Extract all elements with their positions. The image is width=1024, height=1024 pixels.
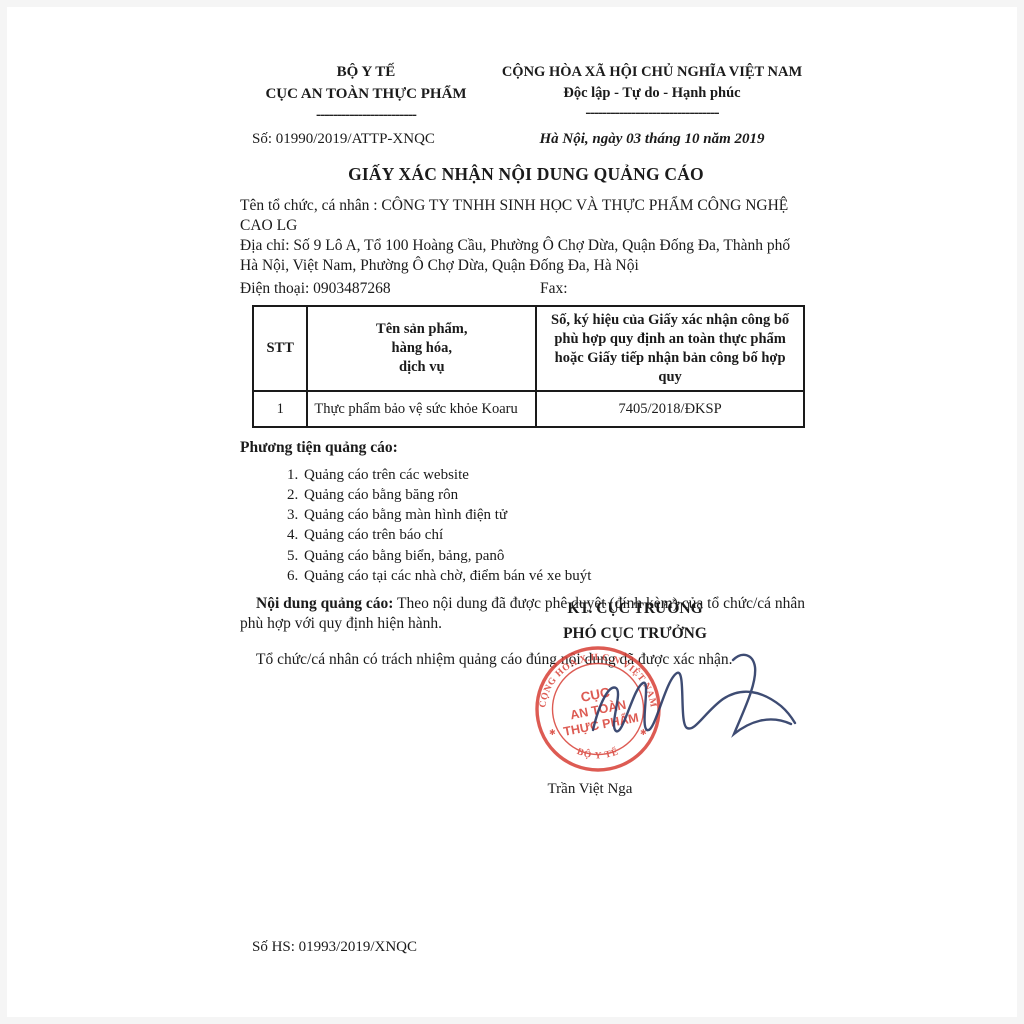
signature-area: KT. CỤC TRƯỞNG PHÓ CỤC TRƯỞNG CỘNG HÒA X… (490, 598, 780, 868)
media-item: Quảng cáo bằng băng rôn (302, 485, 812, 505)
fax-line: Fax: (540, 279, 812, 299)
signer-name: Trần Việt Nga (500, 780, 680, 799)
phone-line: Điện thoại: 0903487268 (240, 279, 540, 299)
phone-fax-row: Điện thoại: 0903487268 Fax: (240, 279, 812, 299)
header-stt: STT (253, 306, 307, 391)
stamp-star-left-icon: ✱ (549, 728, 556, 737)
products-table: STT Tên sản phẩm, hàng hóa, dịch vụ Số, … (252, 305, 805, 428)
file-reference-number: Số HS: 01993/2019/XNQC (252, 938, 417, 957)
address-line: Địa chỉ: Số 9 Lô A, Tổ 100 Hoàng Cầu, Ph… (240, 236, 812, 276)
handwritten-signature (585, 644, 800, 756)
content-label: Nội dung quảng cáo: (256, 595, 393, 612)
document-number: Số: 01990/2019/ATTP-XNQC (240, 130, 492, 149)
department-name: CỤC AN TOÀN THỰC PHẨM (240, 84, 492, 106)
signer-role-line2: PHÓ CỤC TRƯỞNG (490, 623, 780, 645)
organization-info: Tên tổ chức, cá nhân : CÔNG TY TNHH SINH… (240, 196, 812, 299)
header-product: Tên sản phẩm, hàng hóa, dịch vụ (307, 306, 536, 391)
header-divider-right: -------------------------------- (492, 105, 812, 121)
table-header-row: STT Tên sản phẩm, hàng hóa, dịch vụ Số, … (253, 306, 804, 391)
media-item: Quảng cáo bằng biển, bảng, panô (302, 546, 812, 566)
republic-title: CỘNG HÒA XÃ HỘI CHỦ NGHĨA VIỆT NAM (492, 62, 812, 83)
signer-role-line1: KT. CỤC TRƯỞNG (490, 598, 780, 620)
document-title: GIẤY XÁC NHẬN NỘI DUNG QUẢNG CÁO (240, 163, 812, 185)
motto-line: Độc lập - Tự do - Hạnh phúc (492, 83, 812, 104)
certificate-document: BỘ Y TẾ CỤC AN TOÀN THỰC PHẨM ----------… (240, 62, 812, 1022)
header-product-line1: Tên sản phẩm, (314, 320, 529, 339)
header-divider-left: ------------------------ (240, 107, 492, 123)
header-product-line2: hàng hóa, (314, 339, 529, 358)
row-stt: 1 (253, 391, 307, 427)
meta-row: Số: 01990/2019/ATTP-XNQC Hà Nội, ngày 03… (240, 130, 812, 149)
place-and-date: Hà Nội, ngày 03 tháng 10 năm 2019 (492, 130, 812, 149)
national-header: BỘ Y TẾ CỤC AN TOÀN THỰC PHẨM ----------… (240, 62, 812, 122)
header-cert-number: Số, ký hiệu của Giấy xác nhận công bố ph… (536, 306, 804, 391)
issuing-authority-block: BỘ Y TẾ CỤC AN TOÀN THỰC PHẨM ----------… (240, 62, 492, 122)
national-motto-block: CỘNG HÒA XÃ HỘI CHỦ NGHĨA VIỆT NAM Độc l… (492, 62, 812, 122)
ministry-name: BỘ Y TẾ (240, 62, 492, 84)
media-list: Quảng cáo trên các website Quảng cáo bằn… (240, 465, 812, 586)
media-item: Quảng cáo bằng màn hình điện tử (302, 505, 812, 525)
row-product-name: Thực phẩm bảo vệ sức khỏe Koaru (307, 391, 536, 427)
media-item: Quảng cáo tại các nhà chờ, điểm bán vé x… (302, 566, 812, 586)
table-row: 1 Thực phẩm bảo vệ sức khỏe Koaru 7405/2… (253, 391, 804, 427)
media-heading: Phương tiện quảng cáo: (240, 438, 812, 458)
row-cert-number: 7405/2018/ĐKSP (536, 391, 804, 427)
organization-name-line: Tên tổ chức, cá nhân : CÔNG TY TNHH SINH… (240, 196, 812, 236)
media-item: Quảng cáo trên báo chí (302, 525, 812, 545)
media-item: Quảng cáo trên các website (302, 465, 812, 485)
header-product-line3: dịch vụ (314, 358, 529, 377)
